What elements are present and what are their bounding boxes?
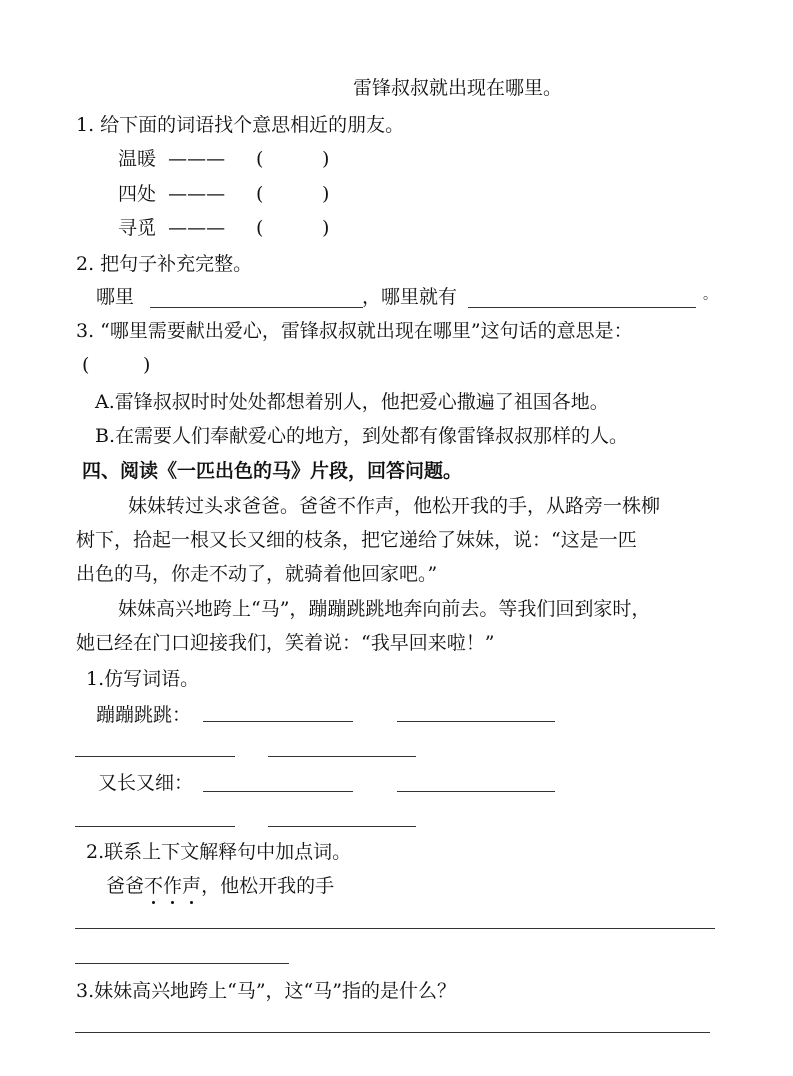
answer-line-2[interactable] (75, 963, 289, 964)
synonym-answer-2[interactable]: ( (256, 185, 263, 204)
example-word-1: 蹦蹦跳跳： (96, 706, 191, 725)
dotted-char: 作 (163, 877, 182, 896)
answer-line-3[interactable] (75, 1032, 710, 1033)
dotted-char: 不 (144, 877, 163, 896)
imitate-blank-6[interactable] (397, 791, 555, 792)
fill-blank-1[interactable] (150, 307, 363, 308)
s4-question-2-title: 2.联系上下文解释句中加点词。 (86, 843, 351, 862)
section-4-heading: 四、阅读《一匹出色的马》片段，回答问题。 (82, 462, 462, 481)
synonym-item-1: 温暖 ——— (118, 150, 225, 169)
option-b[interactable]: B.在需要人们奉献爱心的地方，到处都有像雷锋叔叔那样的人。 (95, 427, 628, 446)
passage-line-4: 妹妹高兴地跨上“马”，蹦蹦跳跳地奔向前去。等我们回到家时， (118, 600, 650, 619)
passage-line-2: 树下，拾起一根又长又细的枝条，把它递给了妹妹，说：“这是一匹 (76, 531, 637, 550)
question-1-title: 1. 给下面的词语找个意思相近的朋友。 (76, 116, 404, 135)
dash: ——— (168, 217, 225, 239)
question-3-title: 3. “哪里需要献出爱心，雷锋叔叔就出现在哪里”这句话的意思是： (76, 322, 633, 341)
imitate-blank-5[interactable] (203, 791, 353, 792)
paren-close: ) (143, 356, 150, 375)
imitate-blank-2[interactable] (397, 721, 555, 722)
sentence-end: 。 (703, 288, 717, 302)
word: 寻觅 (118, 217, 156, 239)
paren-close: ) (322, 150, 329, 169)
sentence-part-1: 哪里 (96, 288, 134, 307)
dotted-sentence: 爸爸不作声，他松开我的手 (106, 877, 334, 896)
choice-answer-blank[interactable]: ( (82, 356, 89, 375)
passage-line-5: 她已经在门口迎接我们，笑着说：“我早回来啦！” (76, 634, 494, 653)
paren-close: ) (322, 185, 329, 204)
synonym-answer-1[interactable]: ( (256, 150, 263, 169)
fill-blank-2[interactable] (468, 307, 696, 308)
synonym-item-2: 四处 ——— (118, 185, 225, 204)
sentence-before: 爸爸 (106, 875, 144, 897)
s4-question-1-title: 1.仿写词语。 (86, 670, 199, 689)
imitate-blank-1[interactable] (203, 721, 353, 722)
continued-line: 雷锋叔叔就出现在哪里。 (353, 79, 562, 98)
s4-question-3-title: 3.妹妹高兴地跨上“马”，这“马”指的是什么？ (76, 982, 456, 1001)
passage-line-3: 出色的马，你走不动了，就骑着他回家吧。” (76, 565, 437, 584)
synonym-answer-3[interactable]: ( (256, 219, 263, 238)
imitate-blank-8[interactable] (268, 826, 416, 827)
synonym-item-3: 寻觅 ——— (118, 219, 225, 238)
imitate-blank-3[interactable] (75, 756, 235, 757)
paren-close: ) (322, 219, 329, 238)
passage-line-1: 妹妹转过头求爸爸。爸爸不作声，他松开我的手，从路旁一株柳 (128, 497, 660, 516)
sentence-part-2: ，哪里就有 (362, 288, 457, 307)
imitate-blank-7[interactable] (75, 826, 235, 827)
example-word-2: 又长又细： (98, 774, 193, 793)
imitate-blank-4[interactable] (268, 756, 416, 757)
dash: ——— (168, 148, 225, 170)
dash: ——— (168, 183, 225, 205)
word: 四处 (118, 183, 156, 205)
question-2-title: 2. 把句子补充完整。 (76, 255, 252, 274)
option-a[interactable]: A.雷锋叔叔时时处处都想着别人，他把爱心撒遍了祖国各地。 (95, 393, 609, 412)
dotted-char: 声 (182, 877, 201, 896)
word: 温暖 (118, 148, 156, 170)
sentence-after: ，他松开我的手 (201, 875, 334, 897)
answer-line-1[interactable] (75, 928, 715, 929)
